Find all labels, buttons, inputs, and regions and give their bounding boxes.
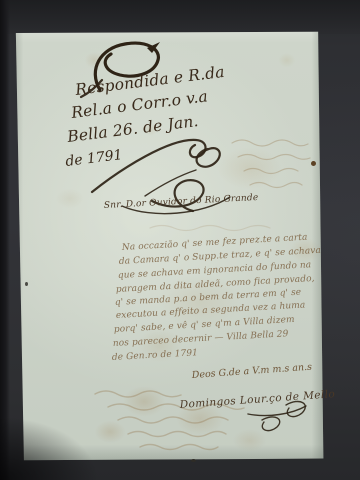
background-shadow-top [0,0,360,34]
background-vignette-bottom-left [0,390,140,480]
speck-left-margin [25,282,28,286]
ink-blot-right-edge [311,161,316,166]
speck-bottom-edge [191,459,196,462]
photograph-of-manuscript: Respondida e R.da Rel.a o Corr.o v.a Bel… [0,0,360,480]
